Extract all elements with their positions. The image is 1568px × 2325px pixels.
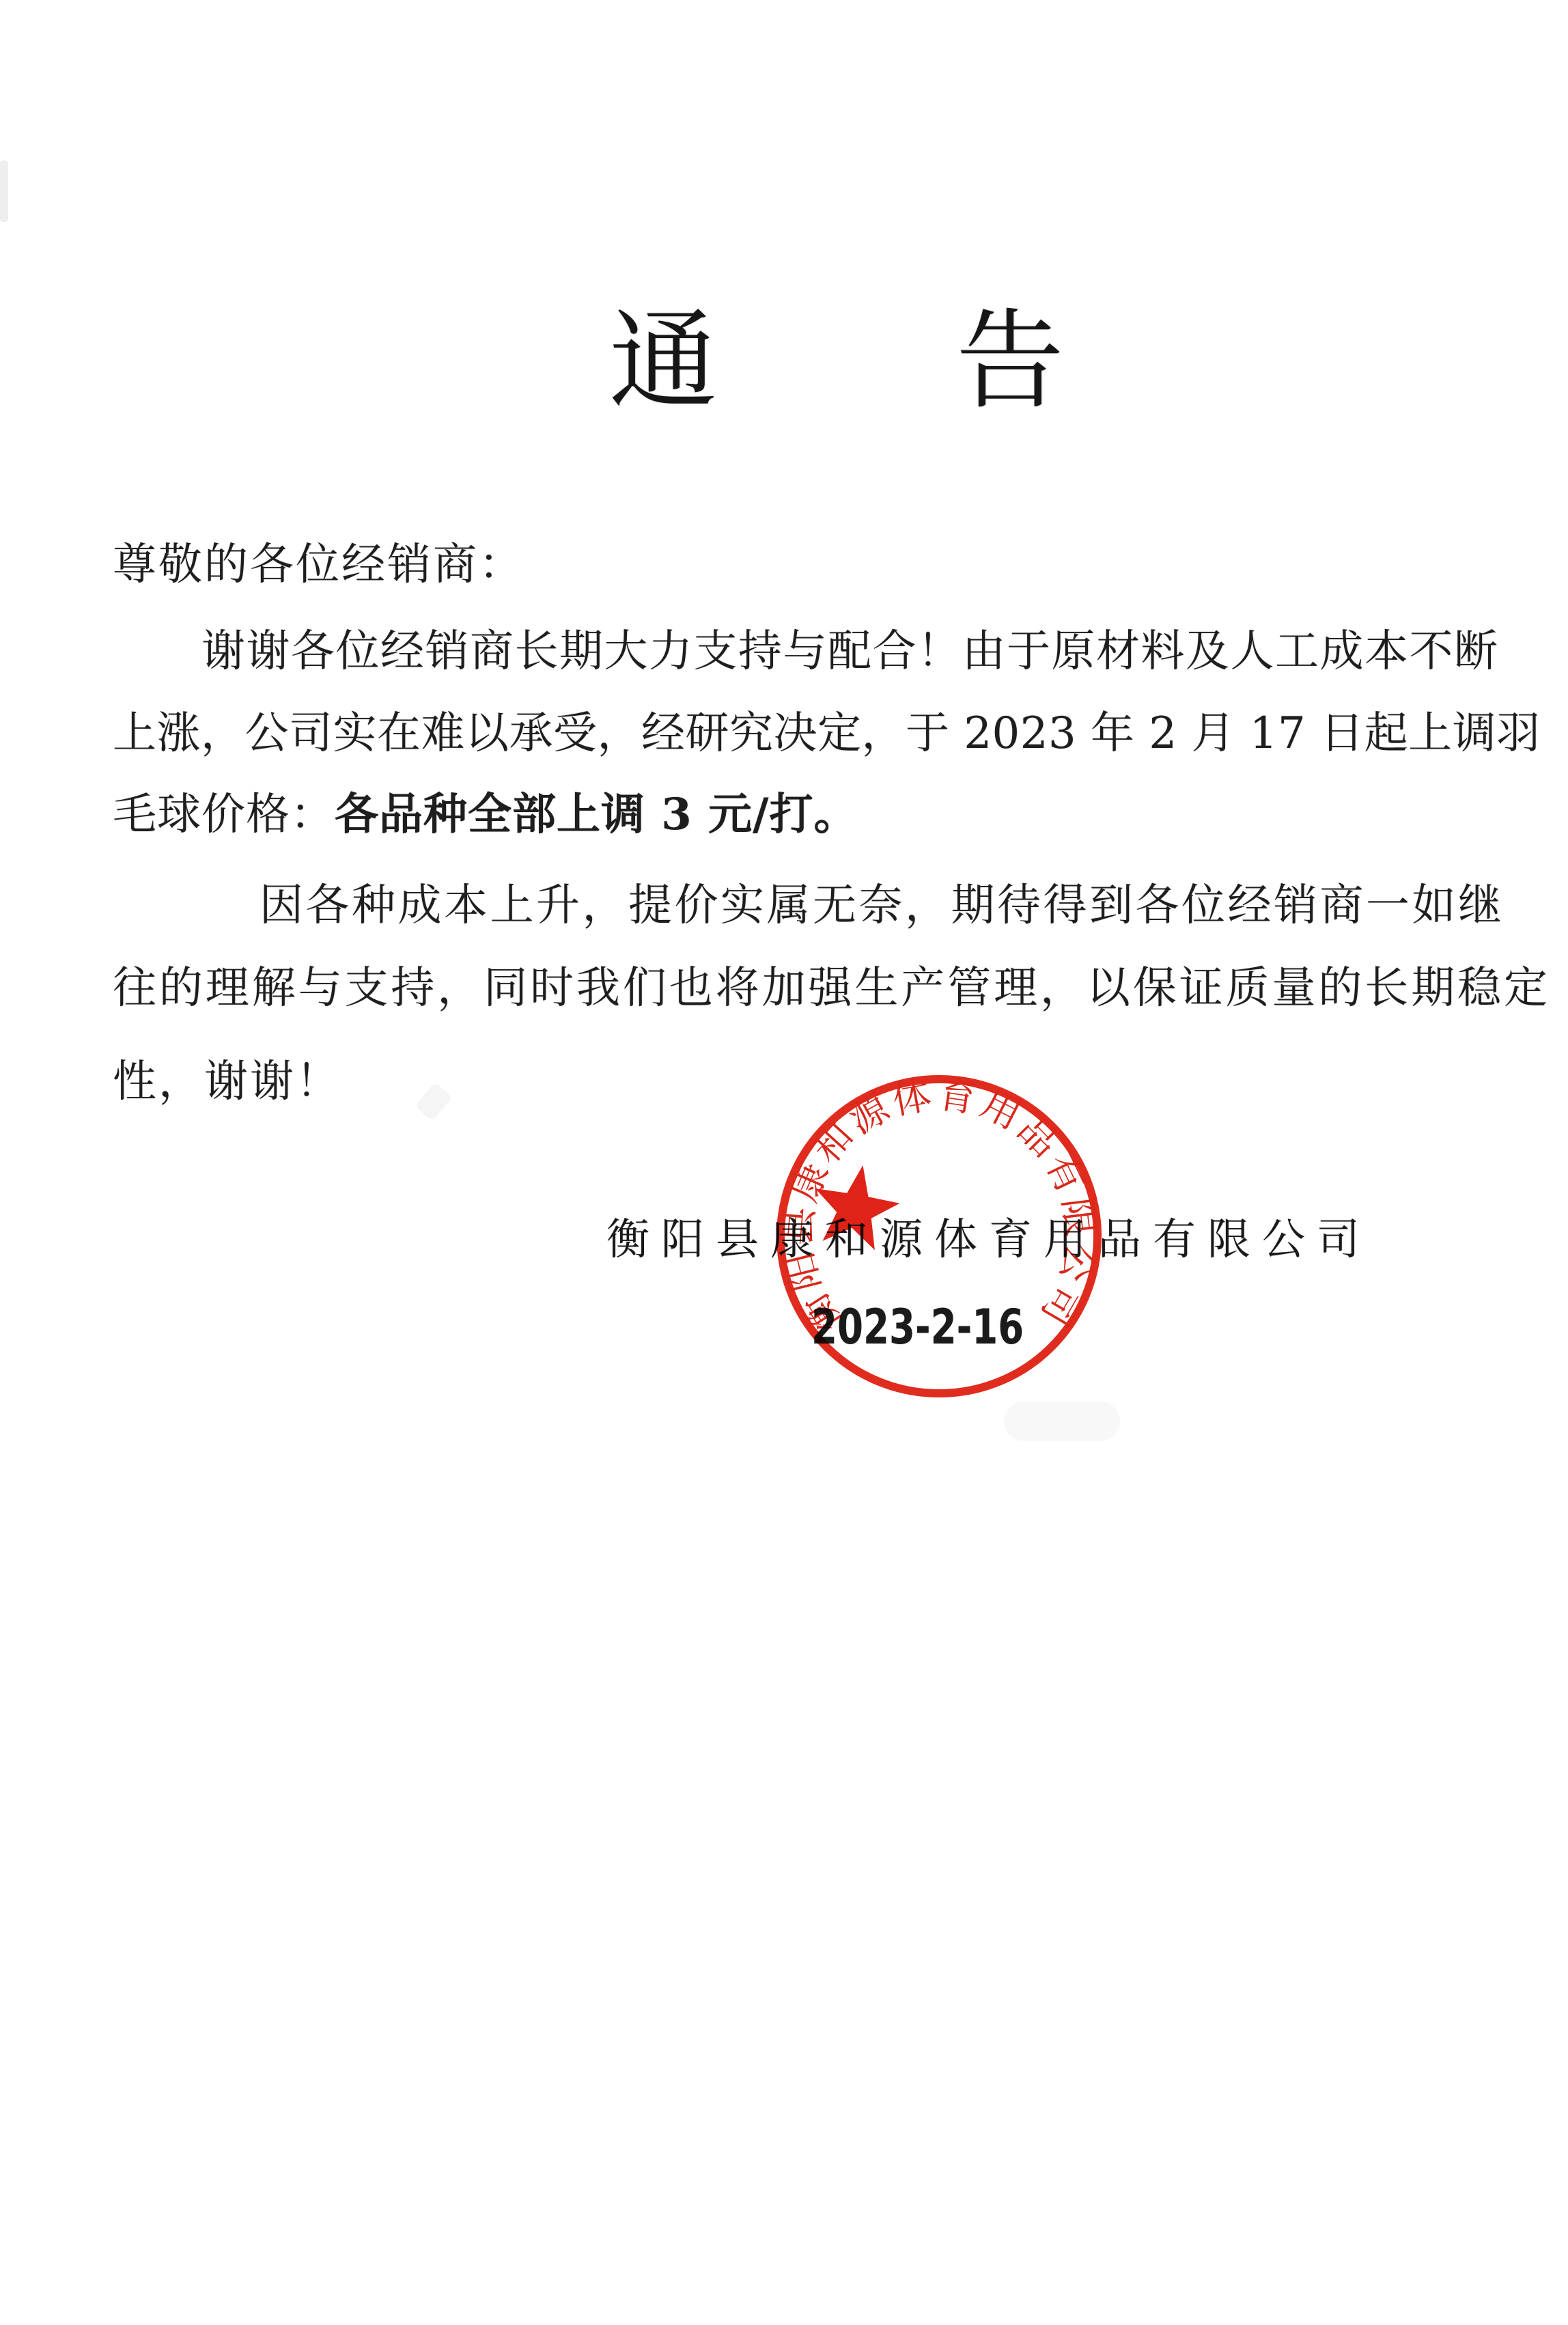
scan-artifact [415, 1082, 453, 1121]
company-stamp: 衡阳县康和源体育用品有限公司 [765, 1069, 1120, 1417]
title-char-2: 告 [956, 298, 1064, 424]
price-line-bold: 各品种全部上调 3 元/打。 [335, 789, 858, 840]
title-char-1: 通 [609, 298, 717, 424]
paragraph1-line3: 毛球价格：各品种全部上调 3 元/打。 [113, 792, 858, 839]
paragraph2-line1: 因各种成本上升，提价实属无奈，期待得到各位经销商一如继 [260, 883, 1504, 930]
paragraph1-line1: 谢谢各位经销商长期大力支持与配合！由于原材料及人工成本不断 [201, 629, 1499, 676]
paragraph1-line2: 上涨，公司实在难以承受，经研究决定，于 2023 年 2 月 17 日起上调羽 [113, 711, 1541, 757]
stamp-ring-text: 衡阳县康和源体育用品有限公司 [775, 1072, 1103, 1341]
salutation-line: 尊敬的各位经销商： [113, 542, 524, 589]
notice-document: 通告 尊敬的各位经销商： 谢谢各位经销商长期大力支持与配合！由于原材料及人工成本… [0, 0, 1568, 2325]
price-line-regular: 毛球价格： [113, 790, 335, 840]
paragraph2-line3: 性，谢谢！ [113, 1059, 341, 1106]
paragraph2-line2: 往的理解与支持，同时我们也将加强生产管理，以保证质量的长期稳定 [113, 966, 1550, 1012]
scan-artifact [0, 161, 8, 222]
page-title: 通告 [0, 307, 1568, 415]
